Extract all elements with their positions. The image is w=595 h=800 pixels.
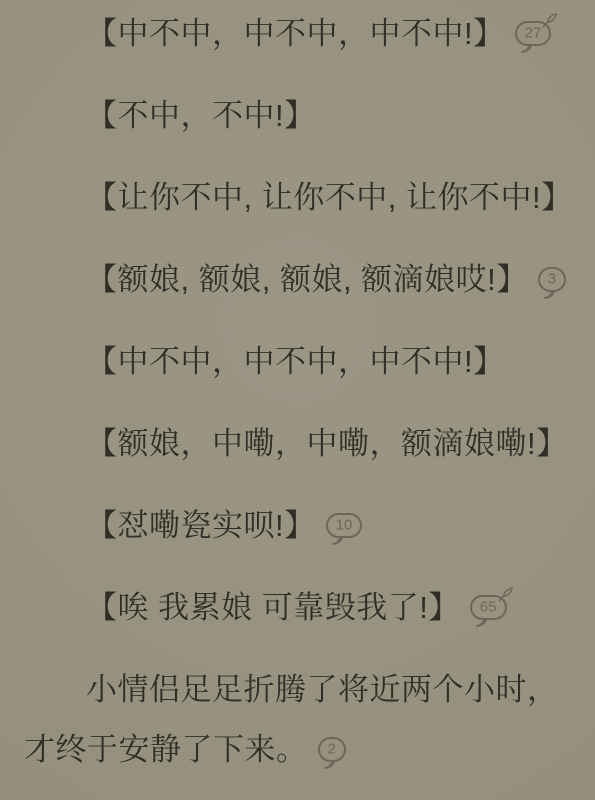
paragraph-text: 小情侣足足折腾了将近两个小时，才终于安静了下来。 [24,672,559,767]
paragraph: 小情侣足足折腾了将近两个小时，才终于安静了下来。2 [24,660,575,780]
bubble-tail-icon [331,536,344,545]
bubble-tail-icon [475,618,488,627]
pen-icon [498,587,513,602]
paragraph: 【额娘, 额娘, 额娘, 额滴娘哎!】3 [24,250,575,310]
paragraph: 【让你不中, 让你不中, 让你不中!】 [24,168,575,228]
paragraph: 【额娘，中嘞，中嘞，额滴娘嘞!】 [24,414,575,474]
paragraph: 【不中，不中!】 [24,86,575,146]
comment-count-badge[interactable]: 10 [326,513,363,538]
paragraph-text: 【让你不中, 让你不中, 让你不中!】 [86,180,573,215]
comment-count-label: 65 [480,600,497,615]
paragraph-text: 【怼嘞瓷实呗!】 [86,508,316,543]
paragraph-text: 【额娘，中嘞，中嘞，额滴娘嘞!】 [86,426,568,461]
paragraph: 【中不中，中不中，中不中!】27 [24,4,575,64]
comment-count-badge[interactable]: 3 [538,267,566,292]
comment-count-label: 10 [336,518,353,533]
bubble-tail-icon [323,760,336,769]
paragraph-text: 【唉 我累娘 可靠毁我了!】 [86,590,460,625]
paragraph-text: 【中不中，中不中，中不中!】 [86,16,505,51]
comment-count-label: 27 [525,26,542,41]
paragraph-text: 【不中，不中!】 [86,98,316,133]
paragraph: 【唉 我累娘 可靠毁我了!】65 [24,578,575,638]
paragraph: 【怼嘞瓷实呗!】10 [24,496,575,556]
paragraph-text: 【中不中，中不中，中不中!】 [86,344,505,379]
bubble-tail-icon [543,290,556,299]
paragraph-text: 【额娘, 额娘, 额娘, 额滴娘哎!】 [86,262,528,297]
pen-icon [542,13,557,28]
comment-count-label: 3 [548,272,556,287]
comment-count-badge[interactable]: 2 [318,737,346,762]
bubble-tail-icon [520,44,533,53]
reader-page: 【中不中，中不中，中不中!】27 【不中，不中!】 【让你不中, 让你不中, 让… [0,0,595,800]
comment-count-label: 2 [328,742,336,757]
comment-count-badge[interactable]: 65 [470,595,507,620]
comment-count-badge[interactable]: 27 [515,21,552,46]
paragraph: 【中不中，中不中，中不中!】 [24,332,575,392]
